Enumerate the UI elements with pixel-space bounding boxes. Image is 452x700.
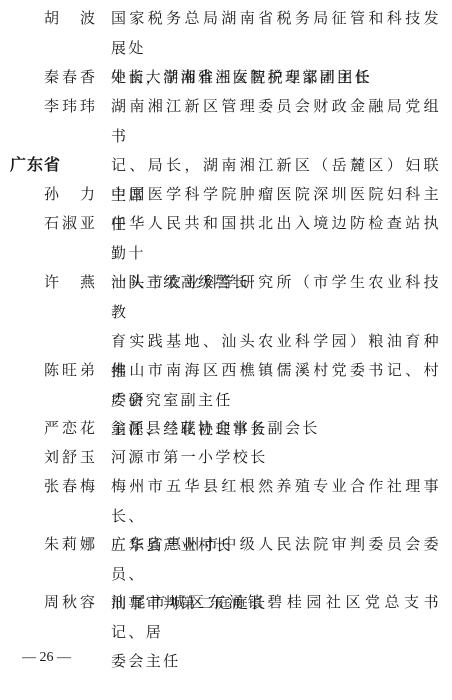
- title-line: 湖南湘江新区管理委员会财政金融局党组书: [111, 92, 441, 151]
- document-page: 胡 波 国家税务总局湖南省税务局征管和科技发展处 处长，湖南省湘女智税专家团团长…: [0, 0, 452, 700]
- person-name: 石淑亚: [44, 209, 108, 239]
- person-name: 李玮玮: [44, 92, 108, 122]
- person-name: 严恋花: [44, 414, 108, 444]
- person-name: 陈旺弟: [44, 356, 108, 386]
- title-line: 梅州市五华县红根然养殖专业合作社理事长、: [111, 472, 441, 531]
- title-line: 汕尾市城区东涌镇碧桂园社区党总支书记、居: [111, 588, 441, 647]
- person-name: 周秋容: [44, 588, 108, 618]
- province-heading: 广东省: [10, 152, 61, 175]
- person-title: 翁源县兰花协会常务副会长: [111, 414, 441, 444]
- title-line: 中南大学湘雅三医院护理部副主任: [111, 63, 441, 93]
- person-title: 汕尾市城区东涌镇碧桂园社区党总支书记、居 委会主任: [111, 588, 441, 677]
- page-number: — 26 —: [22, 650, 71, 666]
- person-name: 张春梅: [44, 472, 108, 502]
- title-line: 广东省惠州市中级人民法院审判委员会委员、: [111, 530, 441, 589]
- person-name: 秦春香: [44, 63, 108, 93]
- person-title: 河源市第一小学校长: [111, 443, 441, 473]
- person-name: 胡 波: [44, 4, 108, 34]
- title-line: 翁源县兰花协会常务副会长: [111, 414, 441, 444]
- title-line: 委会主任: [111, 647, 441, 677]
- person-name: 刘舒玉: [44, 443, 108, 473]
- title-line: 河源市第一小学校长: [111, 443, 441, 473]
- title-line: 佛山市南海区西樵镇儒溪村党委书记、村委会: [111, 356, 441, 415]
- person-title: 中南大学湘雅三医院护理部副主任: [111, 63, 441, 93]
- title-line: 汕头市农业科学研究所（市学生农业科技教: [111, 268, 441, 327]
- person-name: 许 燕: [44, 268, 108, 298]
- title-line: 中华人民共和国拱北出入境边防检查站执勤十: [111, 209, 441, 268]
- person-name: 孙 力: [44, 180, 108, 210]
- title-line: 国家税务总局湖南省税务局征管和科技发展处: [111, 4, 441, 63]
- person-name: 朱莉娜: [44, 530, 108, 560]
